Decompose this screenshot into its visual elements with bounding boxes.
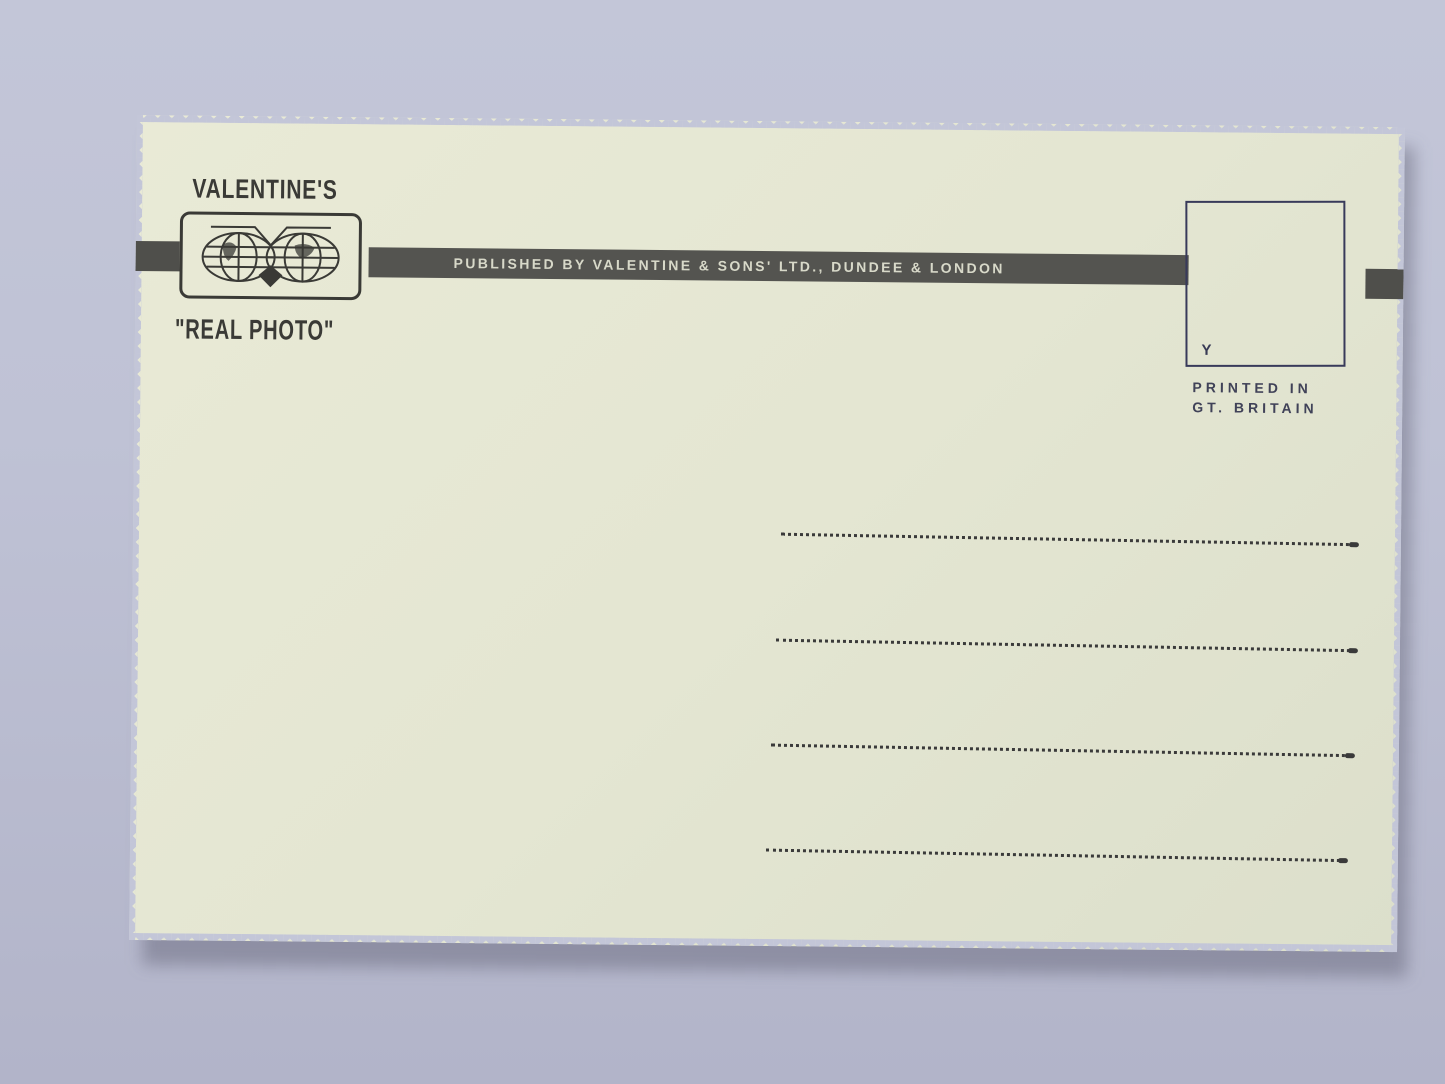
brand-name: VALENTINE'S xyxy=(192,174,333,206)
printed-in-line-2: GT. BRITAIN xyxy=(1192,397,1318,418)
deckled-edge-top xyxy=(137,114,1405,134)
publisher-band: PUBLISHED BY VALENTINE & SONS' LTD., DUN… xyxy=(368,247,1188,285)
logo-frame xyxy=(179,211,362,300)
band-segment-left xyxy=(136,241,180,271)
address-line-1 xyxy=(781,533,1357,547)
printed-in-label: PRINTED IN GT. BRITAIN xyxy=(1192,377,1318,418)
address-line-3 xyxy=(771,744,1353,758)
stamp-code: Y xyxy=(1201,342,1211,359)
band-segment-right xyxy=(1365,269,1403,299)
twin-globes-icon xyxy=(182,214,359,297)
address-line-2 xyxy=(776,639,1356,653)
address-line-4 xyxy=(766,849,1346,863)
postcard-back: VALENTINE'S xyxy=(129,115,1405,952)
publisher-text: PUBLISHED BY VALENTINE & SONS' LTD., DUN… xyxy=(454,255,1005,276)
brand-tagline: "REAL PHOTO" xyxy=(175,313,334,347)
printed-in-line-1: PRINTED IN xyxy=(1192,377,1318,398)
stamp-placement-box: Y xyxy=(1185,201,1345,367)
deckled-edge-left xyxy=(128,115,143,940)
